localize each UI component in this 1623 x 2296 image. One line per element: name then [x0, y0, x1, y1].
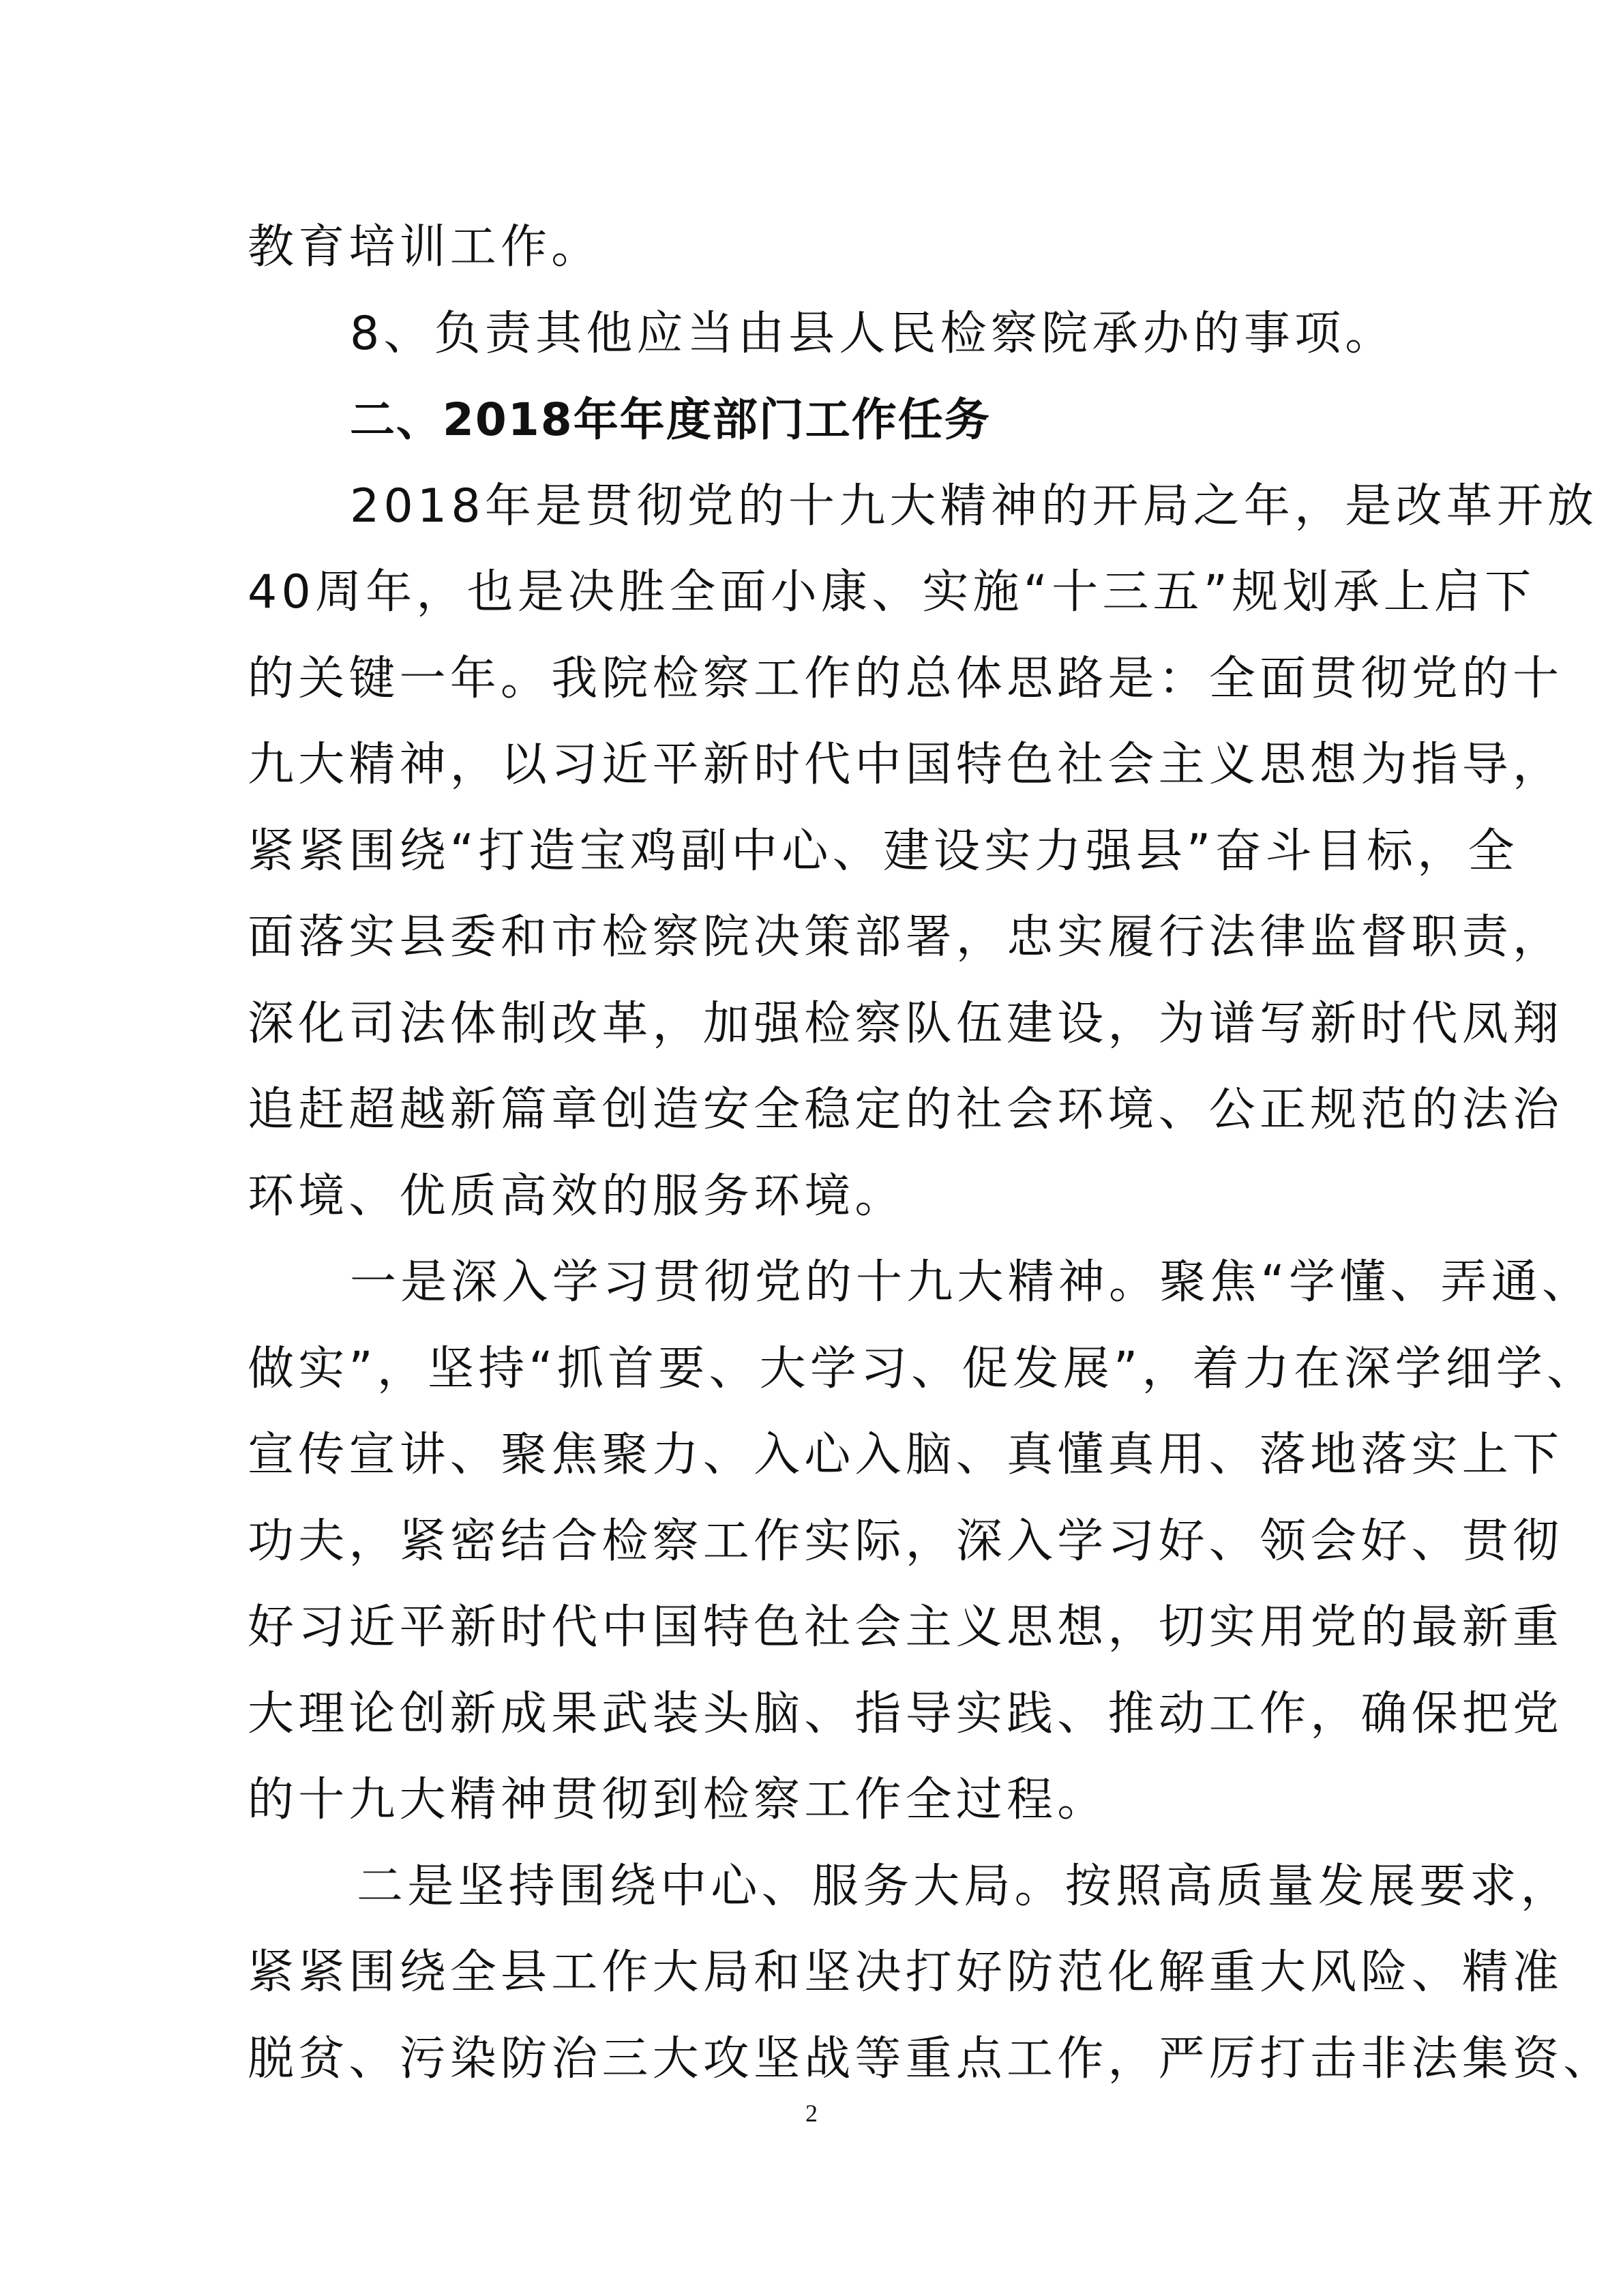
- text-line: 2018年是贯彻党的十九大精神的开局之年，是改革开放: [248, 464, 1380, 550]
- text-line: 追赶超越新篇章创造安全稳定的社会环境、公正规范的法治: [248, 1067, 1380, 1154]
- text-line: 脱贫、污染防治三大攻坚战等重点工作，严厉打击非法集资、: [248, 2016, 1380, 2103]
- text-line: 深化司法体制改革，加强检察队伍建设，为谱写新时代凤翔: [248, 981, 1380, 1068]
- text-line: 做实”，坚持“抓首要、大学习、促发展”，着力在深学细学、: [248, 1326, 1380, 1413]
- text-line: 功夫，紧密结合检察工作实际，深入学习好、领会好、贯彻: [248, 1499, 1380, 1585]
- text-line: 大理论创新成果武装头脑、指导实践、推动工作，确保把党: [248, 1671, 1380, 1758]
- text-line: 教育培训工作。: [248, 205, 1380, 291]
- text-line: 的十九大精神贯彻到检察工作全过程。: [248, 1757, 1380, 1844]
- text-line: 紧紧围绕“打造宝鸡副中心、建设实力强县”奋斗目标，全: [248, 809, 1380, 895]
- text-line: 二是坚持围绕中心、服务大局。按照高质量发展要求，: [248, 1844, 1380, 1930]
- text-line: 九大精神，以习近平新时代中国特色社会主义思想为指导，: [248, 722, 1380, 809]
- text-line: 的关键一年。我院检察工作的总体思路是：全面贯彻党的十: [248, 636, 1380, 723]
- text-line: 8、负责其他应当由县人民检察院承办的事项。: [248, 291, 1380, 378]
- section-heading: 二、2018年年度部门工作任务: [248, 377, 1380, 464]
- text-line: 环境、优质高效的服务环境。: [248, 1154, 1380, 1240]
- text-line: 一是深入学习贯彻党的十九大精神。聚焦“学懂、弄通、: [248, 1240, 1380, 1326]
- text-line: 40周年，也是决胜全面小康、实施“十三五”规划承上启下: [248, 550, 1380, 636]
- text-line: 好习近平新时代中国特色社会主义思想，切实用党的最新重: [248, 1585, 1380, 1671]
- text-line: 宣传宣讲、聚焦聚力、入心入脑、真懂真用、落地落实上下: [248, 1412, 1380, 1499]
- text-line: 紧紧围绕全县工作大局和坚决打好防范化解重大风险、精准: [248, 1930, 1380, 2016]
- document-page: 教育培训工作。8、负责其他应当由县人民检察院承办的事项。二、2018年年度部门工…: [0, 0, 1623, 2296]
- page-number: 2: [0, 2099, 1623, 2128]
- text-line: 面落实县委和市检察院决策部署，忠实履行法律监督职责，: [248, 895, 1380, 981]
- body-text: 教育培训工作。8、负责其他应当由县人民检察院承办的事项。二、2018年年度部门工…: [248, 205, 1380, 2102]
